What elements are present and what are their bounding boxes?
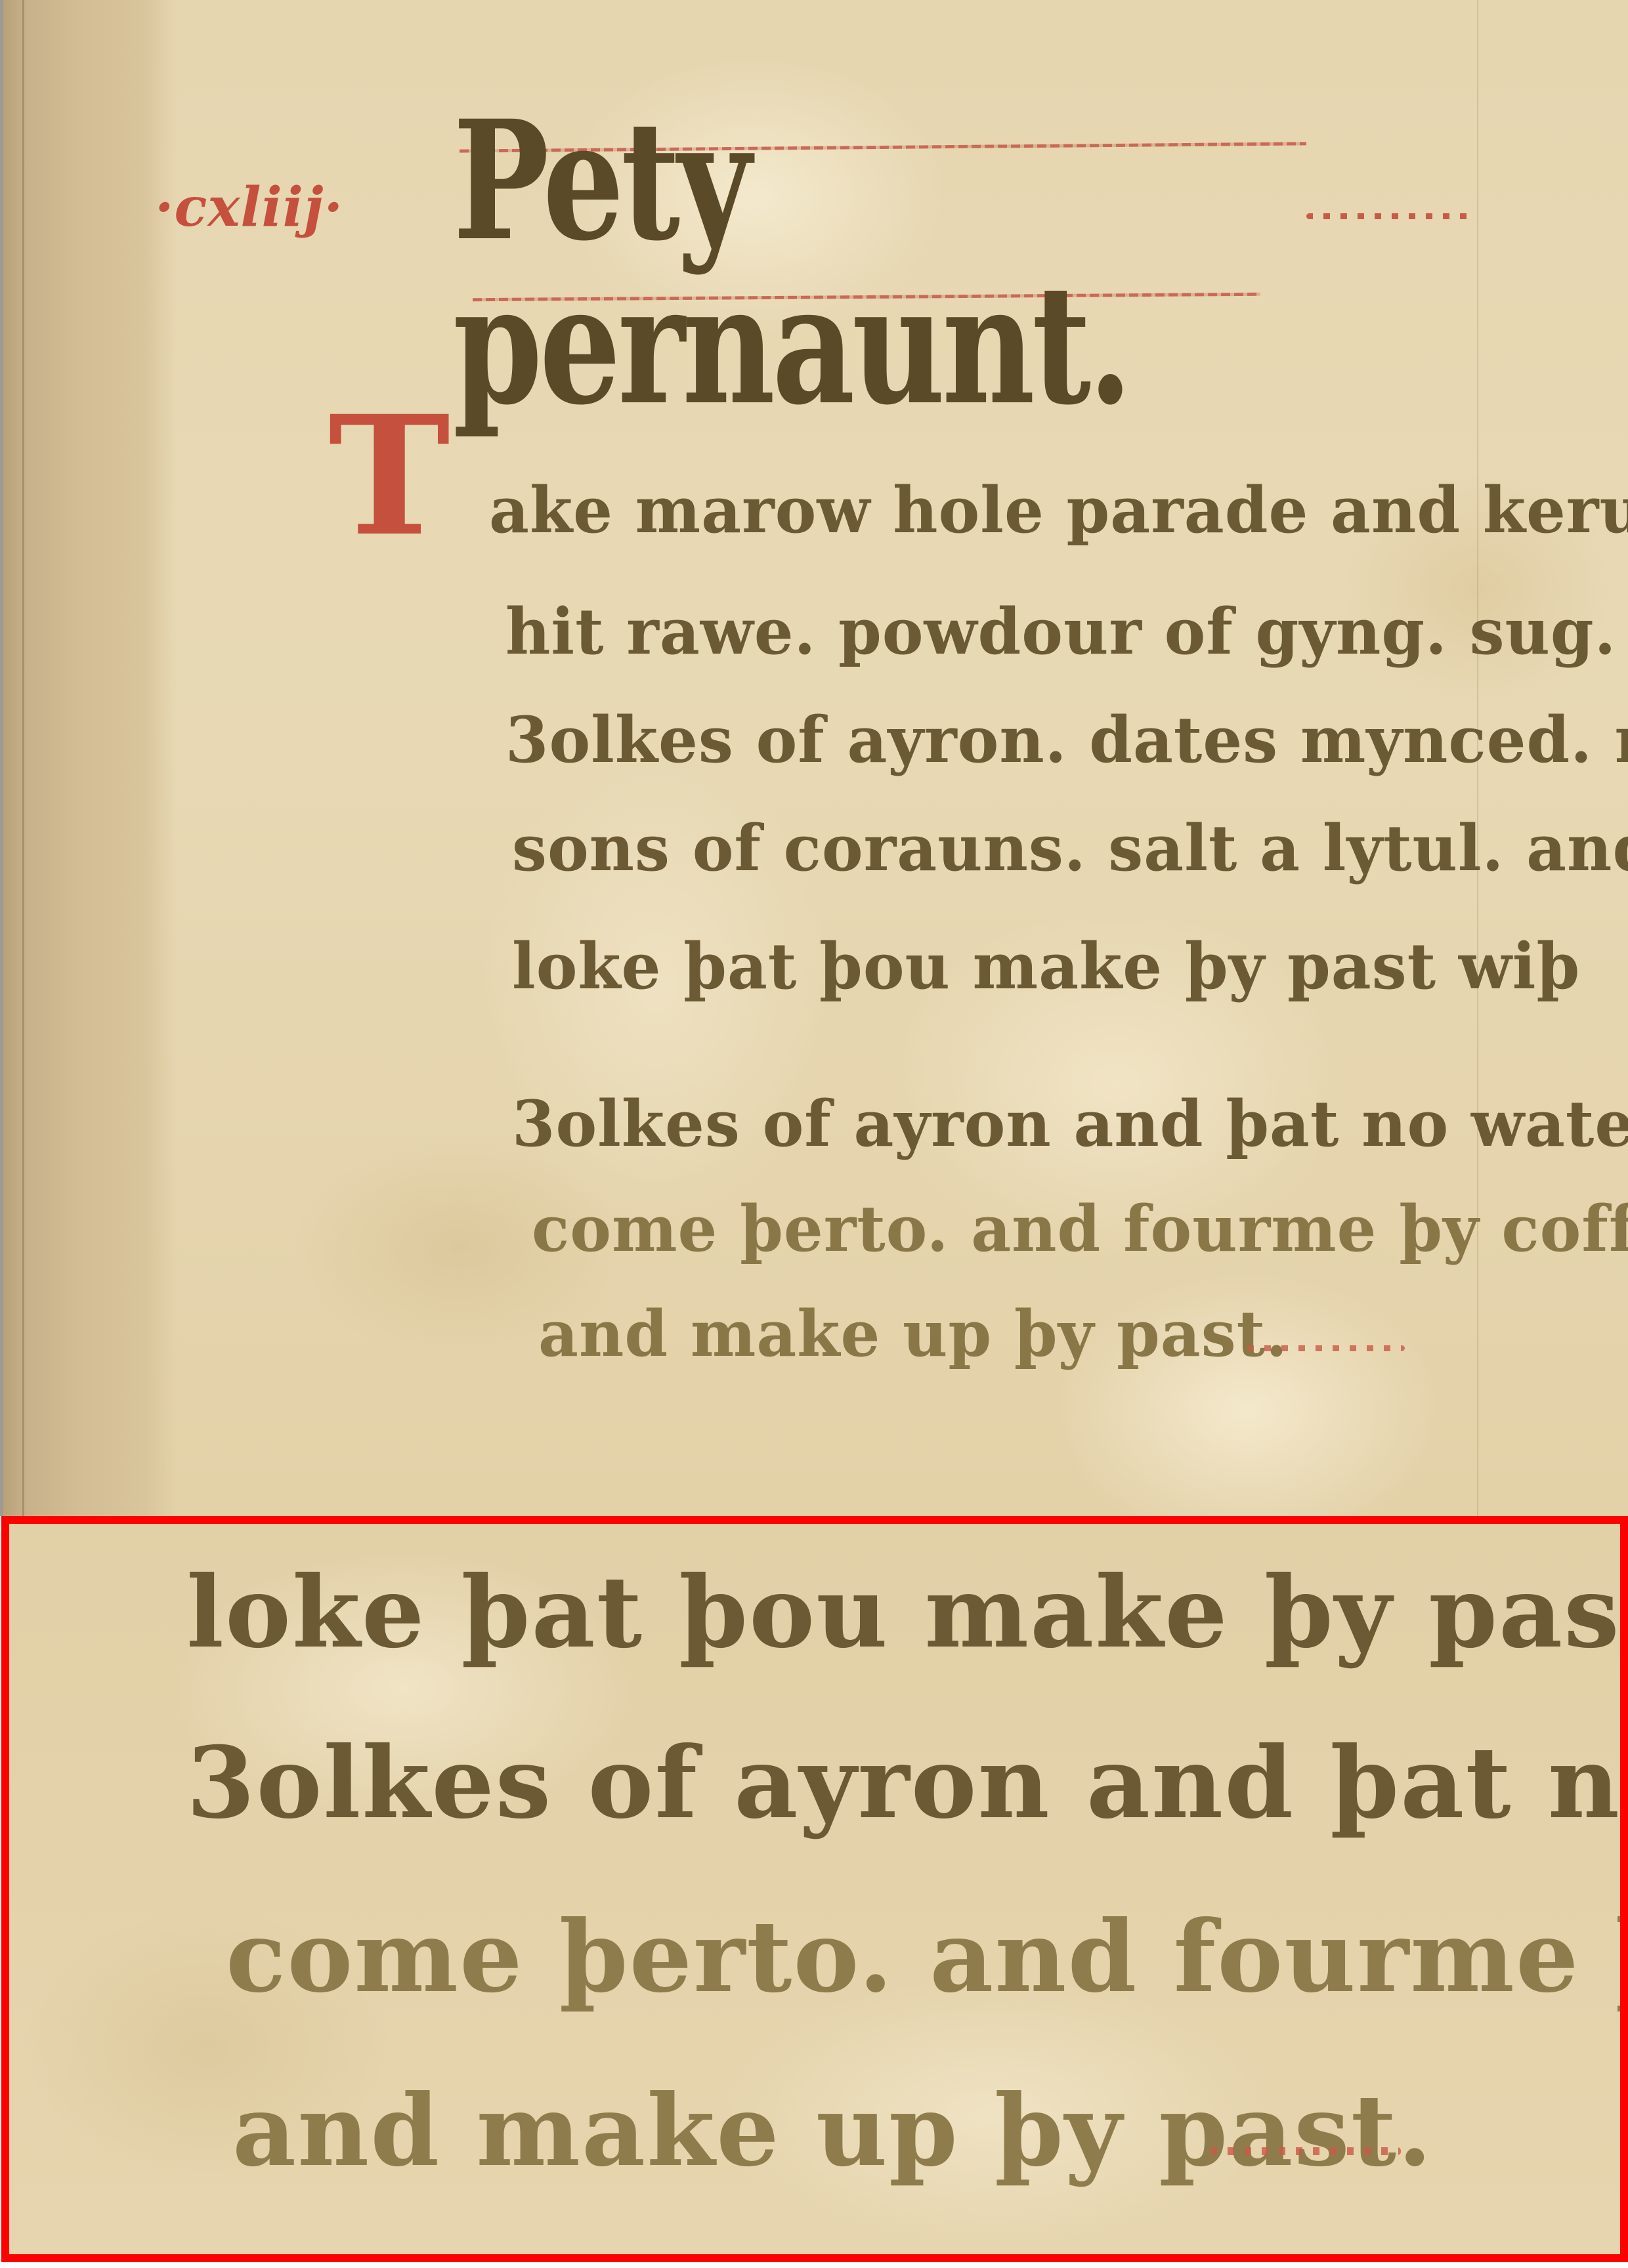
text-line-5: loke þat þou make þy past wiþ: [512, 935, 1580, 998]
zoom-inset-highlight: loke þat þou make þy past wiþ 3olkes of …: [1, 1516, 1628, 2262]
inset-line-2: 3olkes of ayron and þat no water: [186, 1734, 1628, 1832]
page-edge: [0, 0, 3, 1516]
text-line-6: 3olkes of ayron and þat no water: [512, 1093, 1628, 1156]
end-line-filler: [1247, 1345, 1405, 1351]
red-initial-letter: T: [328, 394, 450, 558]
text-line-8: and make up þy past.: [538, 1303, 1288, 1366]
inset-line-1: loke þat þou make þy past wiþ: [186, 1563, 1628, 1662]
inset-end-line-filler: [1210, 2147, 1401, 2155]
page-gutter-shadow: [0, 0, 177, 1516]
inset-line-4: and make up þy past.: [232, 2082, 1433, 2180]
inset-line-3: come þerto. and fourme þy coffyn: [226, 1908, 1628, 2006]
text-line-3: 3olkes of ayron. dates mynced. rai: [505, 709, 1628, 772]
text-line-2: hit rawe. powdour of gyng. sug. &: [505, 600, 1628, 663]
chapter-number-rubric: ·cxliij·: [155, 176, 343, 239]
binding-fold-line: [22, 0, 24, 1516]
manuscript-folio: ·cxliij· Pety pernaunt. T ake marow hole…: [0, 0, 1628, 1516]
text-line-4: sons of corauns. salt a lytul. and: [512, 817, 1628, 880]
text-line-7: come þerto. and fourme þy coffyn: [532, 1198, 1628, 1261]
title-line-filler: [1306, 213, 1470, 219]
recipe-title: Pety pernaunt.: [453, 98, 1369, 427]
text-line-1: ake marow hole parade and kerue: [489, 479, 1628, 542]
